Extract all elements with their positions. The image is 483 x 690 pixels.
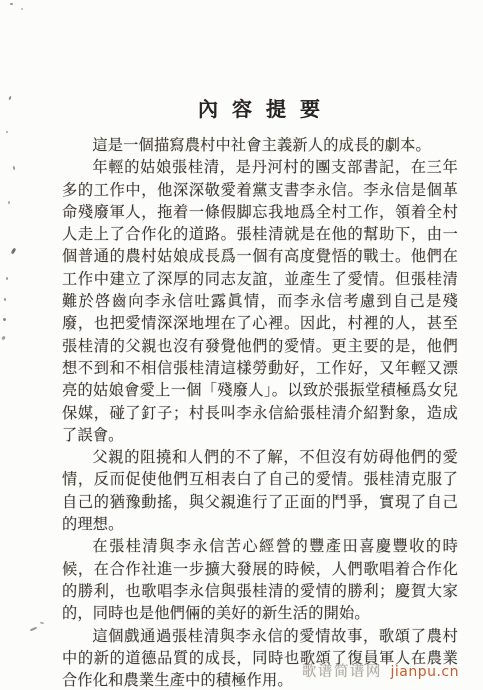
page-title: 內 容 提 要	[62, 99, 458, 122]
scan-speck	[6, 131, 8, 133]
scan-speck	[8, 201, 10, 204]
scan-speck	[6, 277, 8, 280]
scan-speck	[13, 166, 16, 170]
scanned-page: 內 容 提 要 這是一個描寫農村中社會主義新人的成長的劇本。 年輕的姑娘張桂清，…	[0, 0, 483, 690]
scan-speck	[3, 318, 6, 321]
summary-paragraph-4: 在張桂清與李永信苦心經營的豐產田喜慶豐收的時候，在合作社進一步擴大發展的時候，人…	[62, 536, 458, 625]
watermark: 歌谱简谱网 jianpu.cn	[302, 660, 459, 681]
summary-paragraph-2: 年輕的姑娘張桂清，是丹河村的團支部書記，在三年多的工作中，他深深敬愛着黨支書李永…	[62, 157, 458, 447]
scan-speck	[1, 336, 6, 341]
scan-speck	[30, 627, 37, 632]
scan-speck	[10, 3, 13, 5]
watermark-site-name: 歌谱简谱网	[302, 664, 382, 680]
watermark-site-url: jianpu.cn	[390, 664, 459, 680]
summary-paragraph-3: 父親的阻撓和人們的不了解，不但沒有妨碍他們的愛情，反而促使他們互相表白了自己的愛…	[62, 447, 458, 536]
scan-speck	[21, 8, 23, 10]
scan-speck	[11, 248, 17, 255]
scan-speck	[8, 96, 11, 100]
summary-paragraph-1: 這是一個描寫農村中社會主義新人的成長的劇本。	[62, 135, 458, 157]
content-summary-section: 內 容 提 要 這是一個描寫農村中社會主義新人的成長的劇本。 年輕的姑娘張桂清，…	[62, 99, 458, 690]
scan-speck	[4, 298, 6, 301]
scan-speck	[40, 622, 44, 625]
